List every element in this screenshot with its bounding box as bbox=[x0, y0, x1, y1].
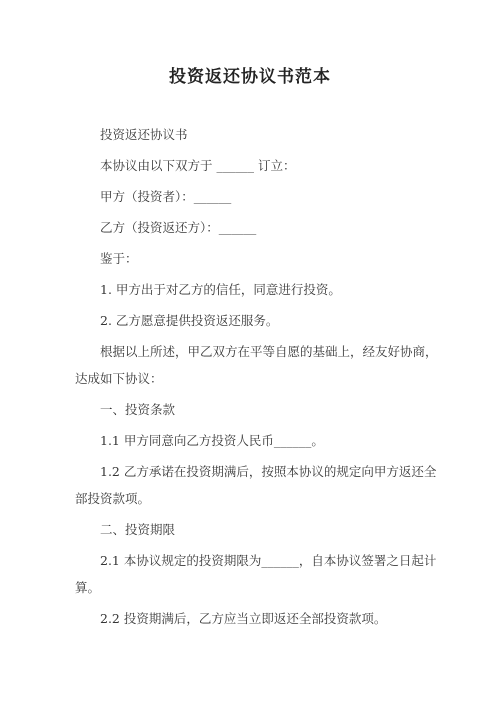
paragraph: 鉴于： bbox=[75, 245, 440, 272]
paragraph: 二、投资期限 bbox=[75, 516, 440, 543]
paragraph: 1. 甲方出于对乙方的信任，同意进行投资。 bbox=[75, 276, 440, 303]
paragraph: 乙方（投资返还方）：______ bbox=[75, 214, 440, 241]
paragraph: 2.1 本协议规定的投资期限为______，自本协议签署之日起计 算。 bbox=[75, 547, 440, 601]
paragraph: 一、投资条款 bbox=[75, 396, 440, 423]
paragraph: 2. 乙方愿意提供投资返还服务。 bbox=[75, 307, 440, 334]
paragraph: 1.1 甲方同意向乙方投资人民币______。 bbox=[75, 427, 440, 454]
paragraph: 投资返还协议书 bbox=[75, 121, 440, 148]
document-title: 投资返还协议书范本 bbox=[75, 66, 425, 88]
paragraph: 1.2 乙方承诺在投资期满后，按照本协议的规定向甲方返还全 部投资款项。 bbox=[75, 458, 440, 512]
document-page: 投资返还协议书范本 投资返还协议书本协议由以下双方于 ______ 订立：甲方（… bbox=[0, 0, 500, 707]
paragraph: 根据以上所述，甲乙双方在平等自愿的基础上，经友好协商， 达成如下协议： bbox=[75, 338, 440, 392]
paragraph: 2.2 投资期满后，乙方应当立即返还全部投资款项。 bbox=[75, 605, 440, 632]
paragraph: 甲方（投资者）：______ bbox=[75, 183, 440, 210]
document-body: 投资返还协议书本协议由以下双方于 ______ 订立：甲方（投资者）：_____… bbox=[75, 121, 440, 632]
paragraph: 本协议由以下双方于 ______ 订立： bbox=[75, 152, 440, 179]
